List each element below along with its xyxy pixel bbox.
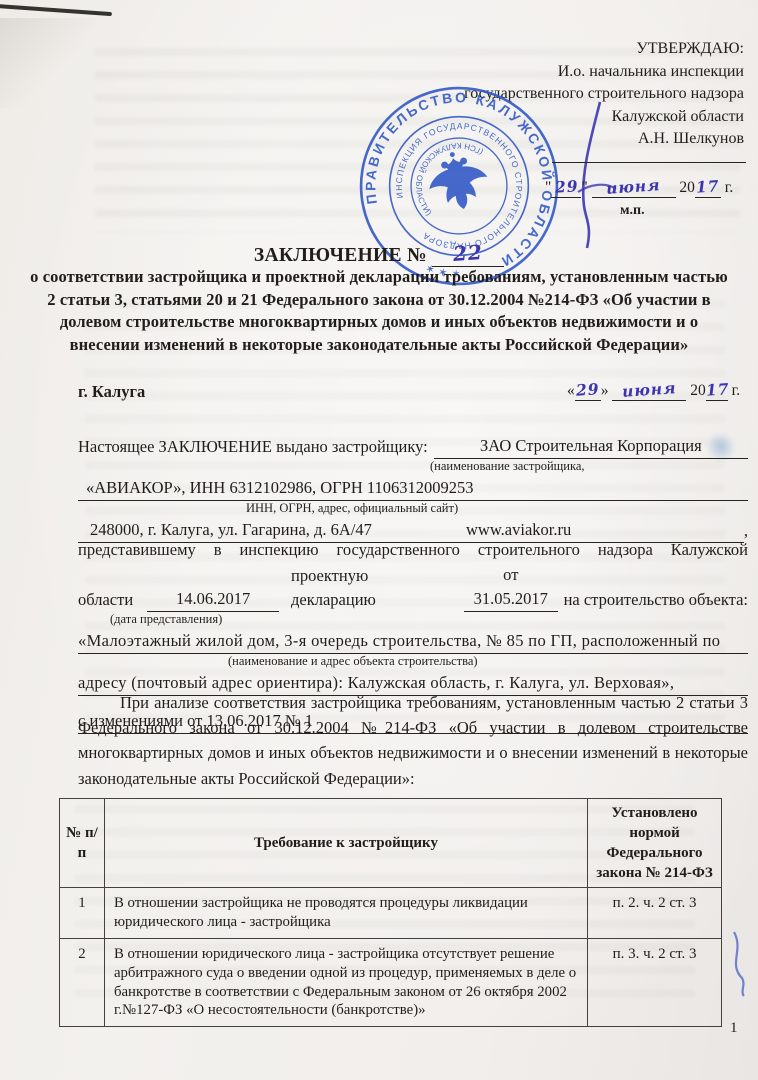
issued-lead-row: Настоящее ЗАКЛЮЧЕНИЕ выдано застройщику:… — [78, 434, 748, 459]
hint-developer-name: (наименование застройщика, — [430, 459, 748, 474]
hint-developer-details: ИНН, ОГРН, адрес, официальный сайт) — [246, 501, 748, 516]
margin-pen-mark — [722, 928, 756, 1000]
column-header-norm: Установлено нормой Федерального закона №… — [588, 799, 722, 888]
developer-details: «АВИАКОР», ИНН 6312102986, ОГРН 11063120… — [78, 476, 748, 501]
year-prefix: 20 — [690, 382, 706, 399]
line2-tail: на строительство объекта: — [564, 588, 748, 612]
title-label: ЗАКЛЮЧЕНИЕ № — [254, 245, 427, 266]
hint-object: (наименование и адрес объекта строительс… — [228, 654, 748, 669]
handwritten-month: июня — [622, 378, 678, 401]
quote: » — [601, 382, 609, 399]
handwritten-year: 17 — [705, 379, 730, 400]
signature-ink — [520, 92, 640, 257]
row-number: 2 — [60, 939, 105, 1027]
table-row: 2 В отношении юридического лица - застро… — [60, 939, 722, 1027]
column-header-requirement: Требование к застройщику — [104, 799, 587, 888]
norm-cell: п. 3. ч. 2 ст. 3 — [588, 939, 722, 1027]
approval-date-line: "29" июня 2017 г. — [545, 177, 755, 198]
row-number: 1 — [60, 888, 105, 939]
place-date-line: «29» июня 2017 г. — [567, 380, 749, 401]
handwritten-day: 29 — [554, 176, 579, 197]
quote: « — [567, 382, 575, 399]
seal-mark: м.п. — [620, 203, 645, 219]
norm-cell: п. 2. ч. 2 ст. 3 — [588, 888, 722, 939]
document-title: ЗАКЛЮЧЕНИЕ № 22 — [0, 241, 758, 267]
requirement-cell: В отношении юридического лица - застройщ… — [104, 939, 587, 1027]
table-header-row: № п/п Требование к застройщику Установле… — [60, 799, 722, 888]
word-oblast: области — [78, 588, 133, 612]
table-row: 1 В отношении застройщика не проводятся … — [60, 888, 722, 939]
city-label: г. Калуга — [78, 382, 145, 402]
scan-edge-mark — [0, 4, 112, 16]
issued-lead: Настоящее ЗАКЛЮЧЕНИЕ выдано застройщику: — [78, 435, 428, 459]
declaration-date: от 31.05.2017 — [464, 563, 558, 612]
page-fold-mark — [0, 18, 95, 108]
date-suffix: г. — [725, 179, 733, 196]
quote: " — [581, 179, 587, 196]
submit-date: 14.06.2017 — [176, 589, 250, 608]
analysis-intro: При анализе соответствия застройщика тре… — [78, 690, 748, 791]
page-number: 1 — [730, 1020, 738, 1037]
handwritten-day: 29 — [575, 379, 600, 400]
object-line1: «Малоэтажный жилой дом, 3-я очередь стро… — [78, 629, 748, 654]
handwritten-year: 17 — [695, 176, 720, 197]
approval-heading: УТВЕРЖДАЮ: — [274, 38, 744, 61]
line2-mid: проектную декларацию — [291, 564, 457, 612]
year-prefix: 20 — [679, 179, 695, 196]
developer-address: 248000, г. Калуга, ул. Гагарина, д. 6А/4… — [78, 520, 372, 539]
submission-line2: области 14.06.2017 проектную декларацию … — [78, 563, 748, 612]
handwritten-number: 22 — [452, 240, 483, 266]
issued-block: Настоящее ЗАКЛЮЧЕНИЕ выдано застройщику:… — [78, 434, 748, 543]
signature-line — [552, 146, 746, 163]
document-page: УТВЕРЖДАЮ: И.о. начальника инспекции гос… — [0, 0, 758, 1080]
document-subtitle: о соответствии застройщика и проектной д… — [28, 266, 730, 356]
developer-name: ЗАО Строительная Корпорация — [434, 434, 748, 459]
handwritten-month: июня — [606, 175, 662, 198]
submission-line1: представившему в инспекцию государственн… — [78, 538, 748, 562]
column-header-num: № п/п — [60, 799, 105, 888]
requirements-table: № п/п Требование к застройщику Установле… — [59, 798, 722, 1027]
date-suffix: г. — [732, 382, 740, 399]
hint-submit-date: (дата представления) — [110, 612, 748, 627]
requirement-cell: В отношении застройщика не проводятся пр… — [104, 888, 587, 939]
